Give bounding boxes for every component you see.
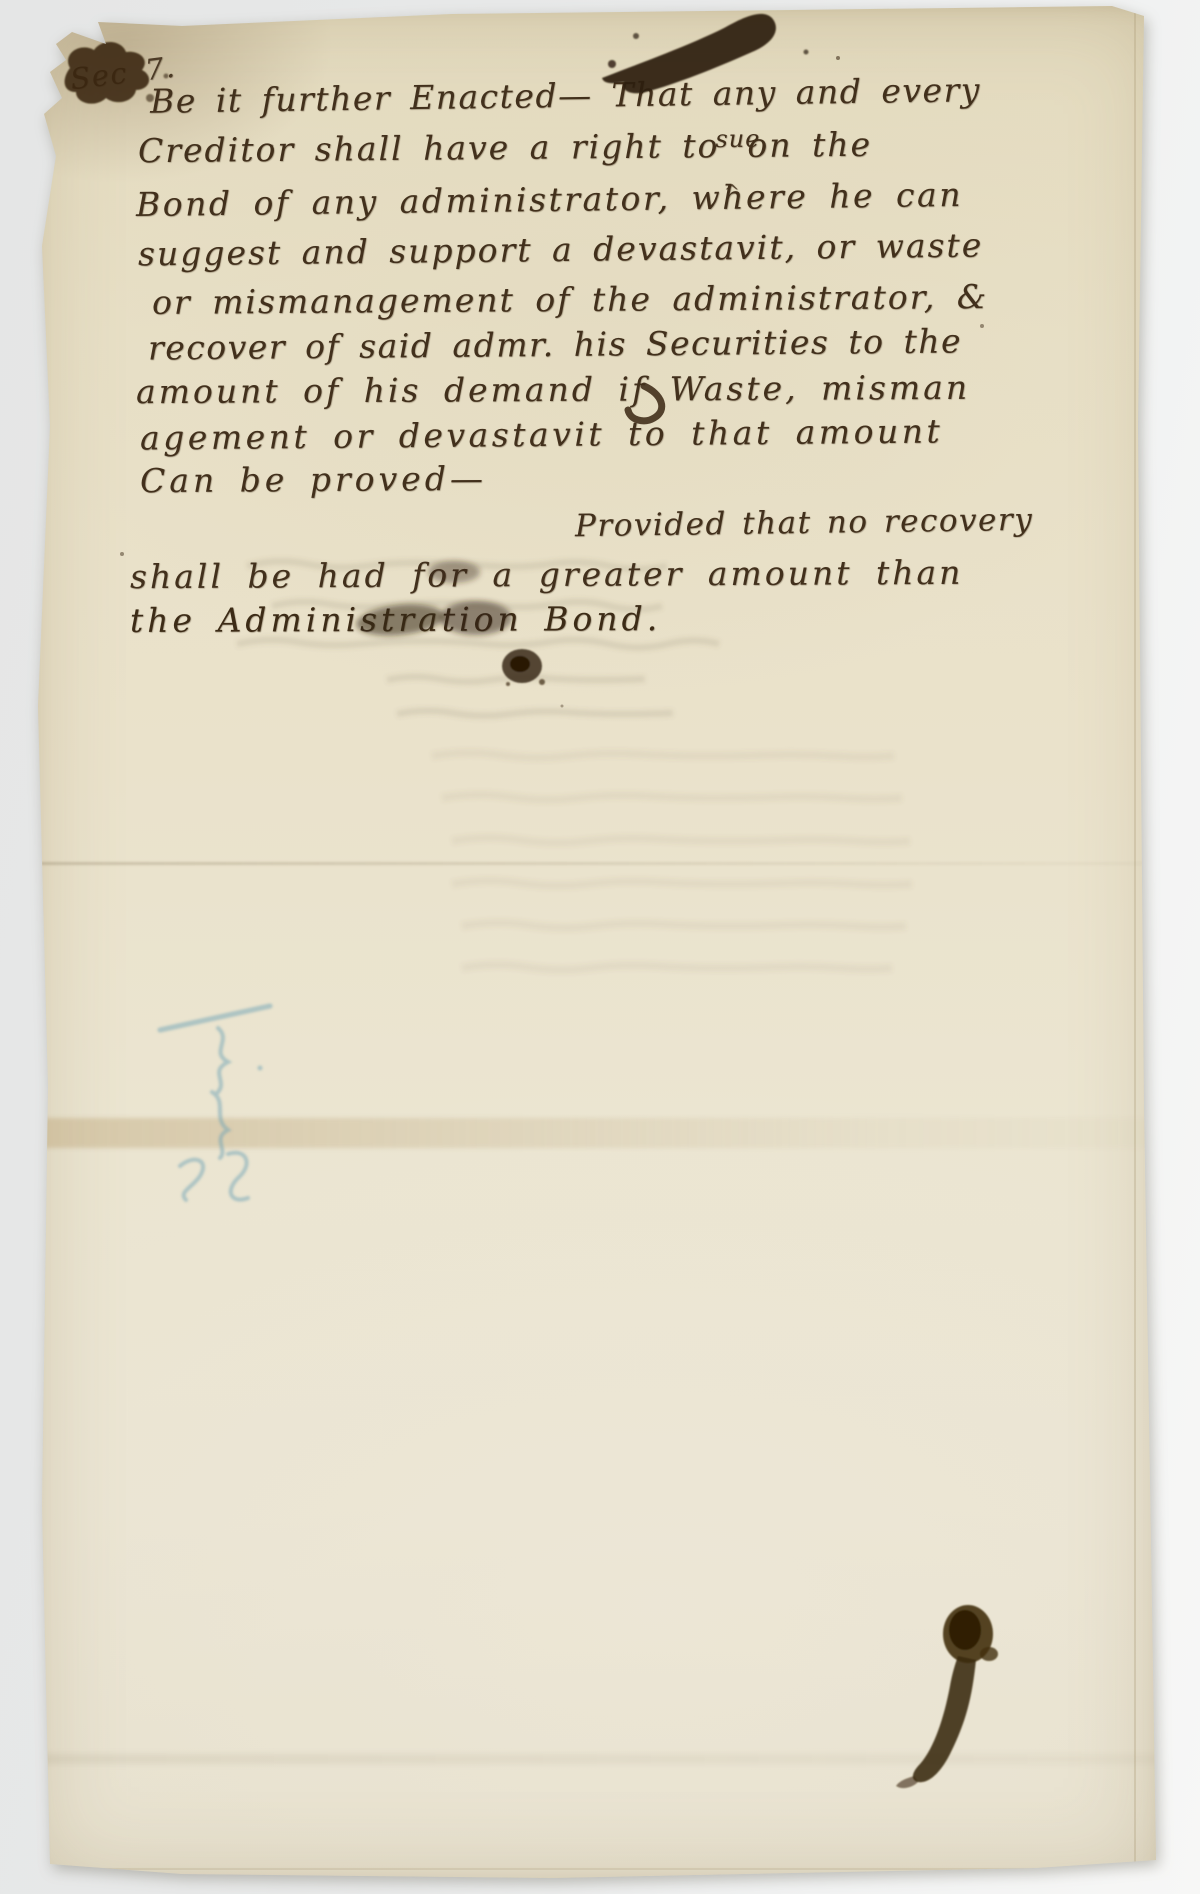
ink-blot-bottom	[896, 1605, 998, 1788]
pen-flourish	[628, 386, 662, 421]
manuscript-page-wrap: Sec 7. Be it further Enacted— That any a…	[32, 6, 1162, 1886]
blue-pencil-marks	[160, 1006, 270, 1200]
manuscript-page: Sec 7. Be it further Enacted— That any a…	[32, 6, 1162, 1886]
ink-stain-top-left	[49, 29, 169, 104]
scan-background: Sec 7. Be it further Enacted— That any a…	[0, 0, 1200, 1894]
ink-specks	[120, 56, 984, 708]
ink-blot-top	[602, 14, 809, 93]
ink-blot-small	[502, 649, 545, 686]
ink-smudges-last-line	[355, 561, 512, 640]
